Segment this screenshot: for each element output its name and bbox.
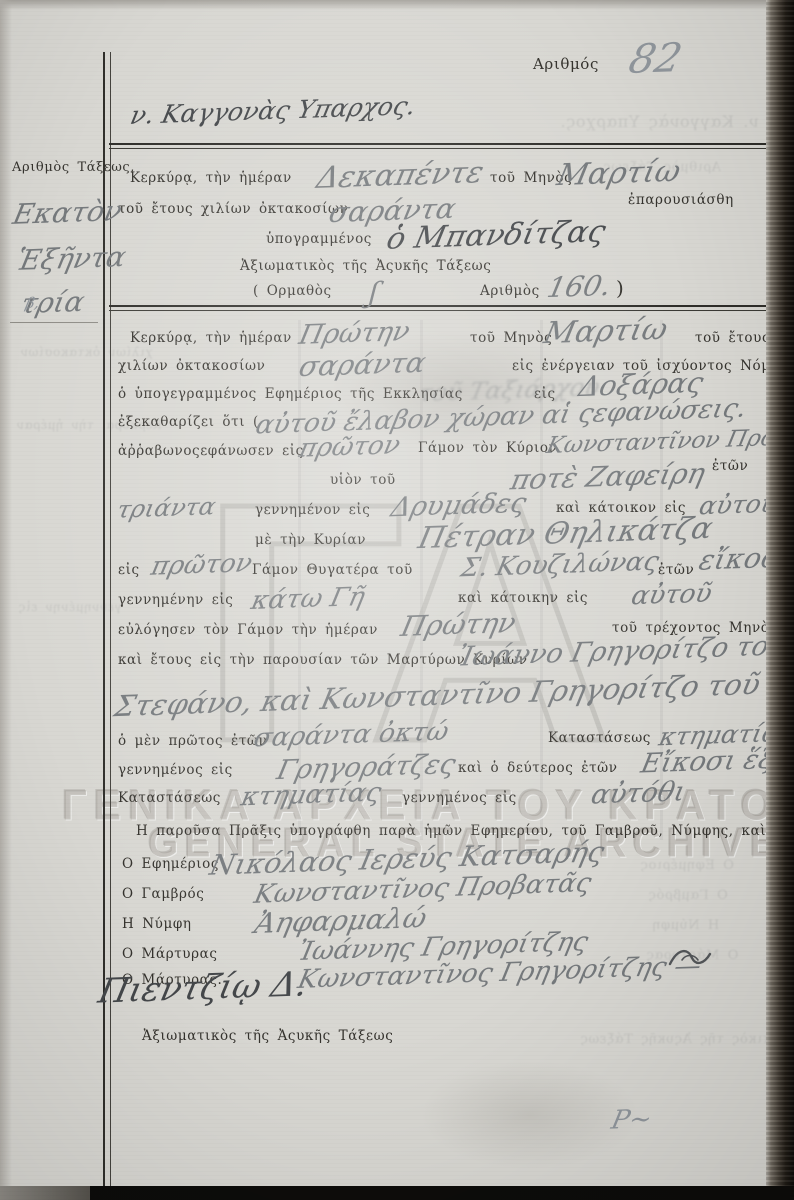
act-declares-label: ἐξεκαθαρίζει ὅτι ( (118, 414, 259, 430)
bleed-through-text: Ο Εφημέριος (640, 858, 734, 873)
top-margin-note: ν. Καγγονὰς Υπαρχος. (128, 91, 419, 130)
act-bride-age-label: ἐτῶν (658, 562, 694, 578)
bundle-label: ( Ορμαθὸς (253, 283, 332, 299)
page-left-edge (0, 0, 12, 1200)
act-father-name-handwritten: ποτὲ Ζαφείρη (508, 457, 709, 497)
act-first-witness-age-handwritten: σαράντα ὀκτώ (251, 717, 451, 754)
bleed-through-text: Η Νύμφη (652, 918, 719, 933)
page-top-edge (0, 0, 794, 10)
presentation-month-handwritten: Μαρτίω (554, 154, 684, 193)
act-groom-name-handwritten: Κωνσταντῖνον Προβατᾶ (544, 423, 794, 459)
bleed-through-text: Ο Γαμβρός (648, 888, 728, 903)
signature-label-groom: Ο Γαμβρός (122, 886, 204, 902)
act-bride-father-handwritten: Σ. Κουζιλώνας (458, 547, 662, 584)
act-closing-statement: Η παροῦσα Πρᾶξις ὑπογράφθη παρὰ ἡμῶν Εφη… (136, 823, 794, 839)
signature-label-witness1: Ο Μάρτυρας (122, 946, 218, 962)
bleed-through-text: ν. Καγγονὰς Υπαρχος. (560, 112, 759, 131)
book-binding-edge (766, 0, 794, 1200)
act-first-witness-born-label: γεννημένος εἰς (118, 762, 233, 778)
bundle-close-paren: ) (616, 276, 624, 300)
act-month-label: τοῦ Μηνὸς (470, 330, 552, 346)
act-bride-residence-handwritten: αὐτοῦ (628, 579, 714, 612)
page-number-label: Αριθμός (533, 55, 599, 73)
act-day-handwritten: Πρώτην (296, 316, 412, 351)
margin-value-line: Ἑξῆντα (14, 240, 129, 277)
presentation-officer-signature: ὁ Μπανδίτζας (383, 214, 609, 257)
act-with-lady-label: μὲ τὴν Κυρίαν (255, 532, 366, 548)
act-year-continued: χιλίων ὀκτακοσίων (118, 358, 265, 374)
scan-bottom-smudge (0, 1186, 90, 1200)
act-bride-birthplace-handwritten: κάτω Γῆ (248, 582, 367, 616)
act-second-witness-age-label: καὶ ὁ δεύτερος ἐτῶν (458, 760, 618, 776)
act-betrothal-label: ἀῤῥαβωνοςεφάνωσεν εἰς (118, 443, 304, 459)
act-eis-label-2: εἰς (118, 562, 140, 578)
margin-value-line: Εκατὸν (10, 194, 125, 231)
act-marriage-order-handwritten: πρῶτον (296, 430, 403, 463)
bleed-through-text: Ἀξιωματικὸς τῆς Ἀςυκῆς Τάξεως (580, 1032, 794, 1047)
act-second-witness-condition-handwritten: κτηματίας (238, 778, 384, 813)
act-groom-age-handwritten: τριάντα (115, 492, 219, 523)
margin-pencil-mark: β, (24, 294, 41, 312)
page-number-value: 82 (625, 35, 686, 83)
act-bride-marriage-order-handwritten: πρῶτον (148, 548, 255, 581)
act-year-label: τοῦ ἔτους (695, 330, 770, 346)
horizontal-rule-middle (109, 305, 766, 311)
horizontal-rule-top (109, 143, 766, 149)
presentation-officer-label: Ἀξιωματικὸς τῆς Ἀςυκῆς Τάξεως (240, 258, 491, 274)
act-age-label: ἐτῶν (712, 458, 748, 474)
ink-blot (668, 946, 712, 972)
bleed-through-text: χιλίων ὀκτακοσίων (20, 345, 153, 359)
act-blessed-label: εὐλόγησεν τὸν Γάμον τὴν ἡμέραν (118, 622, 378, 638)
presentation-year-label: τοῦ ἔτους χιλίων ὀκτακοσίων (118, 201, 348, 217)
act-first-witness-age-label: ὁ μὲν πρῶτος ἐτῶν (118, 733, 267, 749)
bundle-number-label: Αριθμὸς (480, 283, 540, 299)
act-bride-resident-label: καὶ κάτοικην εἰς (458, 590, 588, 606)
presentation-day-handwritten: Δεκαπέντε (314, 155, 487, 196)
bundle-number-handwritten: 160. (544, 269, 614, 304)
act-groom-label: Γάμον τὸν Κύριον (418, 440, 557, 456)
presentation-undersigned-label: ὑπογραμμένος (266, 231, 372, 247)
officer-label-bottom: Ἀξιωματικὸς τῆς Ἀςυκῆς Τάξεως (142, 1028, 393, 1044)
act-son-of-label: υἱὸν τοῦ (330, 472, 396, 488)
signature-label-priest: Ο Εφημέριος (122, 856, 219, 872)
presentation-presented-label: ἐπαρουσιάσθη (628, 192, 734, 208)
act-condition-label: Καταστάσεως (548, 730, 651, 746)
scanned-document-page: ΓΑΚ ΓΕΝΙΚΑ ΑΡΧΕΙΑ ΤΟΥ ΚΡΑΤΟΥΣ GENERAL ST… (0, 0, 794, 1200)
pencil-scribble: Ρ~ (609, 1104, 655, 1135)
presentation-place-day: Κερκύρᾳ, τὴν ἡμέραν (130, 170, 292, 186)
act-bride-born-label: γεννημένην εἰς (118, 592, 233, 608)
act-condition-label-2: Καταστάσεως (118, 790, 221, 806)
signature-label-bride: Η Νύμφη (122, 916, 192, 932)
officer-signature: Πιεντζίῳ Δ. (95, 964, 312, 1011)
margin-rule (10, 322, 98, 323)
act-witness1-handwritten: Ἰωάννο Γρηγορίτζο τοῦ (455, 630, 788, 672)
act-year-handwritten: σαράντα (296, 346, 429, 383)
bleed-through-text: γεννημένην εἰς (18, 600, 122, 614)
act-daughter-of-label: Γάμον Θυγατέρα τοῦ (252, 562, 413, 578)
act-second-witness-born-label: γεννημένος εἰς (402, 790, 517, 806)
paper-stain (420, 1060, 640, 1170)
scan-bottom-bar (90, 1186, 794, 1200)
act-place-day: Κερκύρᾳ, τὴν ἡμέραν (130, 330, 292, 346)
act-month-handwritten: Μαρτίω (541, 312, 671, 351)
act-priest-clause: ὁ ὑπογεγραμμένος Εφημέριος τῆς Εκκλησίας (118, 386, 463, 402)
signature-witness2: Κωνσταντῖνος Γρηγορίτζης — (295, 951, 704, 995)
act-born-at-label: γεννημένον εἰς (255, 502, 370, 518)
act-second-witness-birthplace-handwritten: αὐτόθι (588, 776, 688, 810)
margin-order-number-label: Αριθμὸς Τάξεως, (12, 160, 135, 175)
